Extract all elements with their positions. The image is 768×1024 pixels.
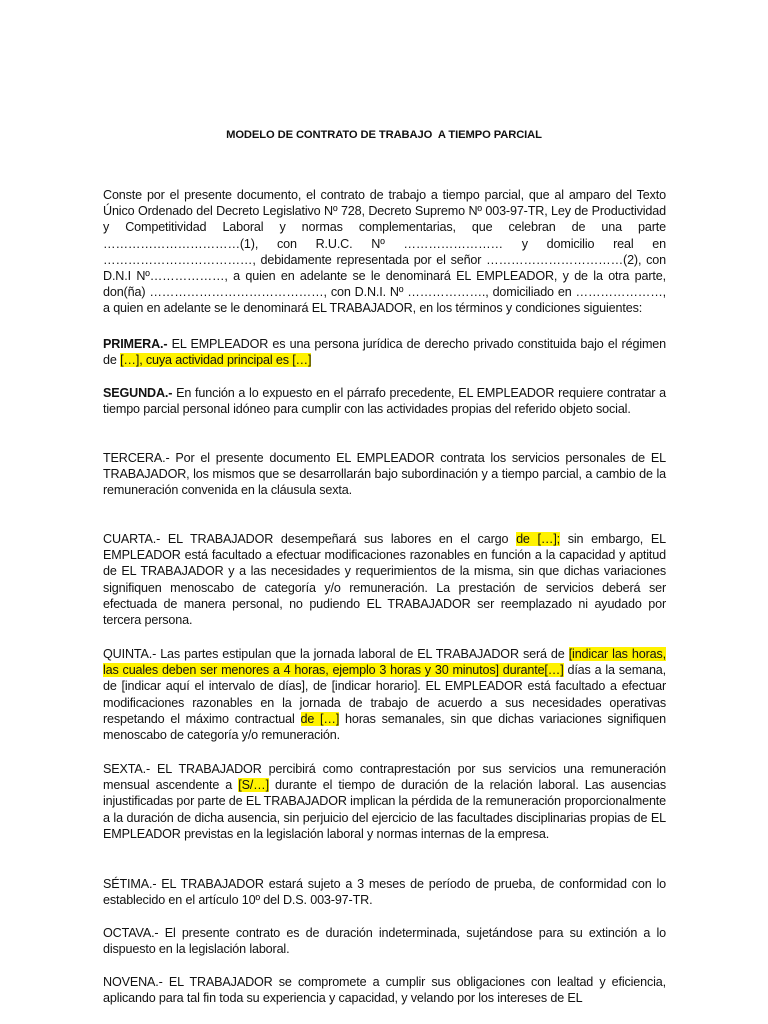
clause-label: QUINTA.- <box>103 647 156 661</box>
clause-text: EL TRABAJADOR estará sujeto a 3 meses de… <box>103 877 666 907</box>
placeholder-highlight: [S/…] <box>238 778 269 792</box>
placeholder-highlight: […], cuya actividad principal es […] <box>120 353 311 367</box>
clause-segunda: SEGUNDA.- En función a lo expuesto en el… <box>103 385 666 417</box>
clause-octava: OCTAVA.- El presente contrato es de dura… <box>103 925 666 957</box>
intro-paragraph: Conste por el presente documento, el con… <box>103 187 666 317</box>
clause-text: En función a lo expuesto en el párrafo p… <box>103 386 666 416</box>
clause-text: Por el presente documento EL EMPLEADOR c… <box>103 451 666 497</box>
document-page: MODELO DE CONTRATO DE TRABAJO A TIEMPO P… <box>0 0 768 1024</box>
clause-label: NOVENA.- <box>103 975 163 989</box>
clause-quinta: QUINTA.- Las partes estipulan que la jor… <box>103 646 666 743</box>
clause-label: PRIMERA.- <box>103 337 167 351</box>
clause-label: CUARTA.- <box>103 532 160 546</box>
document-title: MODELO DE CONTRATO DE TRABAJO A TIEMPO P… <box>0 129 768 141</box>
clause-setima: SÉTIMA.- EL TRABAJADOR estará sujeto a 3… <box>103 876 666 908</box>
clause-label: SEXTA.- <box>103 762 150 776</box>
clause-label: SEGUNDA.- <box>103 386 172 400</box>
clause-sexta: SEXTA.- EL TRABAJADOR percibirá como con… <box>103 761 666 842</box>
clause-primera: PRIMERA.- EL EMPLEADOR es una persona ju… <box>103 336 666 368</box>
clause-text: EL TRABAJADOR se compromete a cumplir su… <box>103 975 666 1005</box>
placeholder-highlight-2: de […] <box>301 712 340 726</box>
clause-novena: NOVENA.- EL TRABAJADOR se compromete a c… <box>103 974 666 1006</box>
clause-text: El presente contrato es de duración inde… <box>103 926 666 956</box>
clause-label: TERCERA.- <box>103 451 170 465</box>
clause-tercera: TERCERA.- Por el presente documento EL E… <box>103 450 666 499</box>
clause-text-continued: sin embargo, EL EMPLEADOR está facultado… <box>103 532 666 627</box>
clause-text: Las partes estipulan que la jornada labo… <box>156 647 569 661</box>
placeholder-highlight: de […]; <box>516 532 560 546</box>
clause-text: EL TRABAJADOR desempeñará sus labores en… <box>160 532 516 546</box>
clause-label: SÉTIMA.- <box>103 877 156 891</box>
clause-cuarta: CUARTA.- EL TRABAJADOR desempeñará sus l… <box>103 531 666 628</box>
clause-label: OCTAVA.- <box>103 926 158 940</box>
